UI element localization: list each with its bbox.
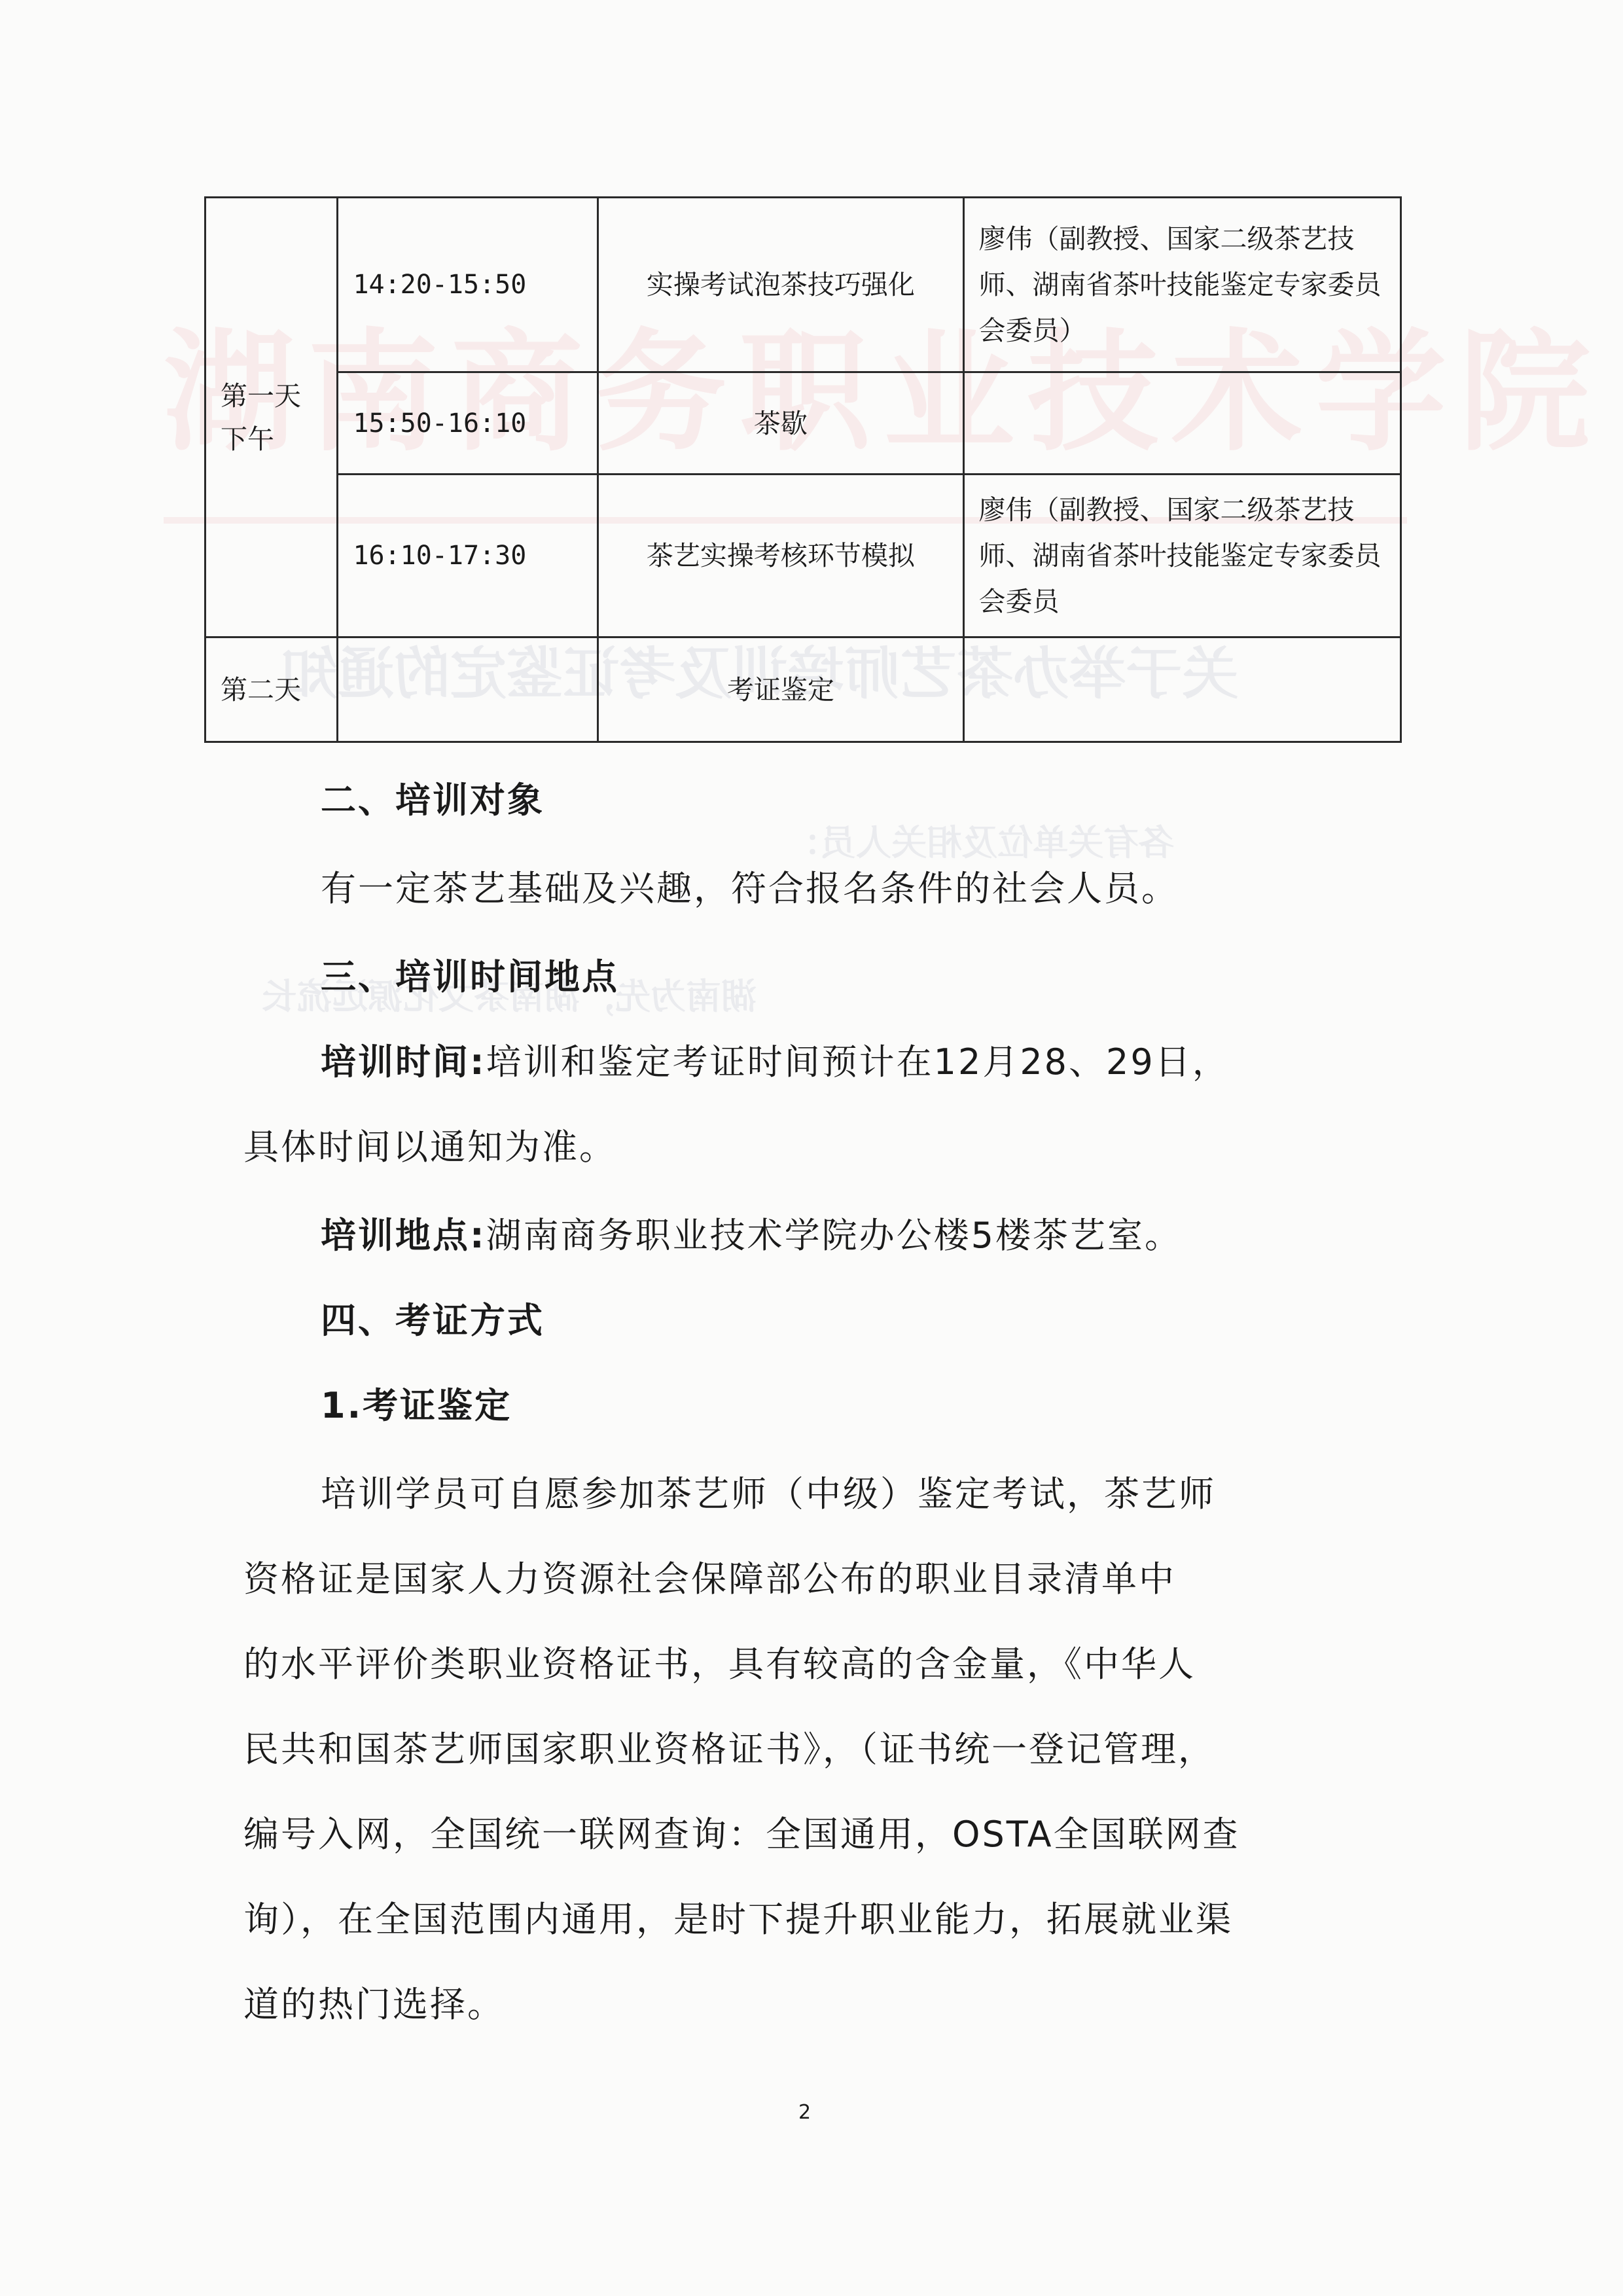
time-cell: 16:10-17:30 — [338, 475, 598, 637]
topic-cell: 考证鉴定 — [598, 637, 963, 742]
lecturer-cell — [963, 637, 1400, 742]
training-time: 培训时间:培训和鉴定考证时间预计在12月28、29日， — [321, 1041, 1407, 1084]
lecturer-cell: 廖伟（副教授、国家二级茶艺技师、湖南省茶叶技能鉴定专家委员会委员 — [963, 475, 1400, 637]
bleed-through-line: 各有关单位及相关人员： — [785, 815, 1174, 865]
page-number: 2 — [798, 2101, 811, 2124]
lecturer-cell: 廖伟（副教授、国家二级茶艺技师、湖南省茶叶技能鉴定专家委员会委员） — [963, 198, 1400, 372]
time-cell: 14:20-15:50 — [338, 198, 598, 372]
table-row: 15:50-16:10 茶歇 — [205, 372, 1401, 475]
section-heading: 三、培训时间地点 — [321, 956, 1407, 999]
session-label: 下午 — [221, 418, 322, 461]
body-line: 编号入网，全国统一联网查询：全国通用，OSTA全国联网查 — [243, 1813, 1407, 1856]
body-line: 培训学员可自愿参加茶艺师（中级）鉴定考试，茶艺师 — [321, 1473, 1407, 1516]
training-place-text: 湖南商务职业技术学院办公楼5楼茶艺室。 — [486, 1215, 1182, 1256]
topic-cell: 实操考试泡茶技巧强化 — [598, 198, 963, 372]
time-cell: 15:50-16:10 — [338, 372, 598, 475]
body-line: 资格证是国家人力资源社会保障部公布的职业目录清单中 — [243, 1558, 1407, 1601]
section-body: 有一定茶艺基础及兴趣，符合报名条件的社会人员。 — [321, 867, 1407, 910]
lecturer-cell — [963, 372, 1400, 475]
section-heading: 四、考证方式 — [321, 1299, 1407, 1342]
day-cell: 第二天 — [205, 637, 338, 742]
topic-cell: 茶歇 — [598, 372, 963, 475]
training-place: 培训地点:湖南商务职业技术学院办公楼5楼茶艺室。 — [321, 1214, 1407, 1257]
body-line: 的水平评价类职业资格证书，具有较高的含金量，《中华人 — [243, 1643, 1407, 1686]
day-label: 第一天 — [221, 374, 322, 418]
body-line: 民共和国茶艺师国家职业资格证书》，（证书统一登记管理， — [243, 1728, 1407, 1771]
body-line: 道的热门选择。 — [243, 1983, 1407, 2026]
section-heading: 二、培训对象 — [321, 779, 1407, 822]
subsection-heading: 1.考证鉴定 — [321, 1384, 1407, 1427]
training-time-label: 培训时间: — [321, 1041, 486, 1083]
training-time-text: 培训和鉴定考证时间预计在12月28、29日， — [486, 1041, 1230, 1083]
body-line: 询），在全国范围内通用，是时下提升职业能力，拓展就业渠 — [243, 1898, 1407, 1941]
table-row: 16:10-17:30 茶艺实操考核环节模拟 廖伟（副教授、国家二级茶艺技师、湖… — [205, 475, 1401, 637]
training-time-note: 具体时间以通知为准。 — [243, 1126, 1407, 1169]
topic-cell: 茶艺实操考核环节模拟 — [598, 475, 963, 637]
training-place-label: 培训地点: — [321, 1215, 486, 1256]
table-row: 第一天 下午 14:20-15:50 实操考试泡茶技巧强化 廖伟（副教授、国家二… — [205, 198, 1401, 372]
day-cell: 第一天 下午 — [205, 198, 338, 637]
schedule-table: 第一天 下午 14:20-15:50 实操考试泡茶技巧强化 廖伟（副教授、国家二… — [204, 196, 1402, 743]
time-cell — [338, 637, 598, 742]
table-row: 第二天 考证鉴定 — [205, 637, 1401, 742]
